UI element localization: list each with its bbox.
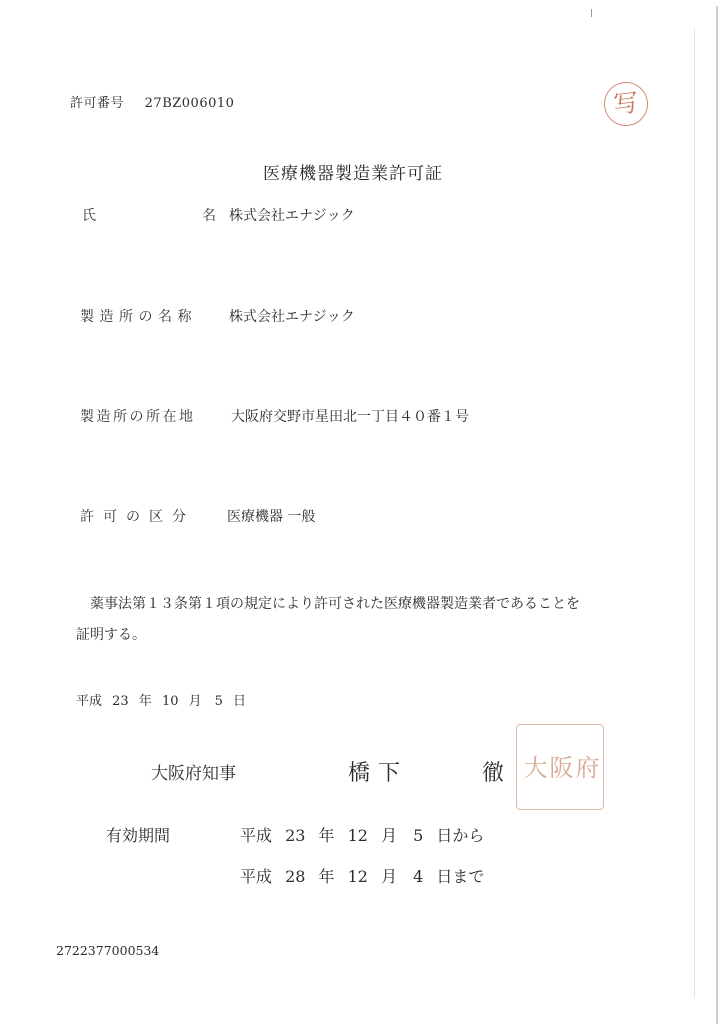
permit-number-label: 許可番号 xyxy=(70,96,124,111)
page-edge-shadow xyxy=(716,6,718,1024)
field-label-name: 氏名 xyxy=(82,205,216,225)
official-seal-icon: 大 阪 府 xyxy=(516,724,604,810)
permit-number-value: 27BZ006010 xyxy=(145,96,235,111)
validity-to: 平成 28 年 12 月 4 日まで xyxy=(240,864,484,887)
copy-stamp-icon: 写 xyxy=(602,80,650,128)
field-label-factory-address: 製造所の所在地 xyxy=(80,406,196,426)
document-title: 医療機器製造業許可証 xyxy=(263,159,443,184)
page-edge-line xyxy=(694,28,695,998)
field-value-name: 株式会社エナジック xyxy=(229,205,355,225)
seal-char: 阪 xyxy=(548,755,572,779)
issuer-family-name: 橋下 xyxy=(348,756,408,787)
field-value-permit-category: 医療機器 一般 xyxy=(227,506,315,526)
footer-document-number: 2722377000534 xyxy=(56,943,159,958)
validity-label: 有効期間 xyxy=(106,823,170,846)
permit-number: 許可番号 27BZ006010 xyxy=(70,92,234,111)
field-label-permit-category: 許可の区分 xyxy=(80,506,195,526)
seal-char: 大 xyxy=(522,755,546,779)
field-label-factory-name: 製造所の名称 xyxy=(80,306,197,326)
seal-char: 府 xyxy=(574,755,598,779)
validity-from: 平成 23 年 12 月 5 日から xyxy=(240,823,484,846)
field-value-factory-address: 大阪府交野市星田北一丁目４０番１号 xyxy=(231,406,469,426)
issuer-title: 大阪府知事 xyxy=(151,759,236,784)
issue-date: 平成 23 年 10 月 5 日 xyxy=(76,690,246,709)
field-value-factory-name: 株式会社エナジック xyxy=(229,306,355,326)
certification-text-line1: 薬事法第１３条第１項の規定により許可された医療機器製造業者であることを xyxy=(90,593,580,613)
issuer-given-name: 徹 xyxy=(482,756,504,787)
certification-text-line2: 証明する。 xyxy=(76,624,146,644)
scan-speck xyxy=(591,9,592,17)
